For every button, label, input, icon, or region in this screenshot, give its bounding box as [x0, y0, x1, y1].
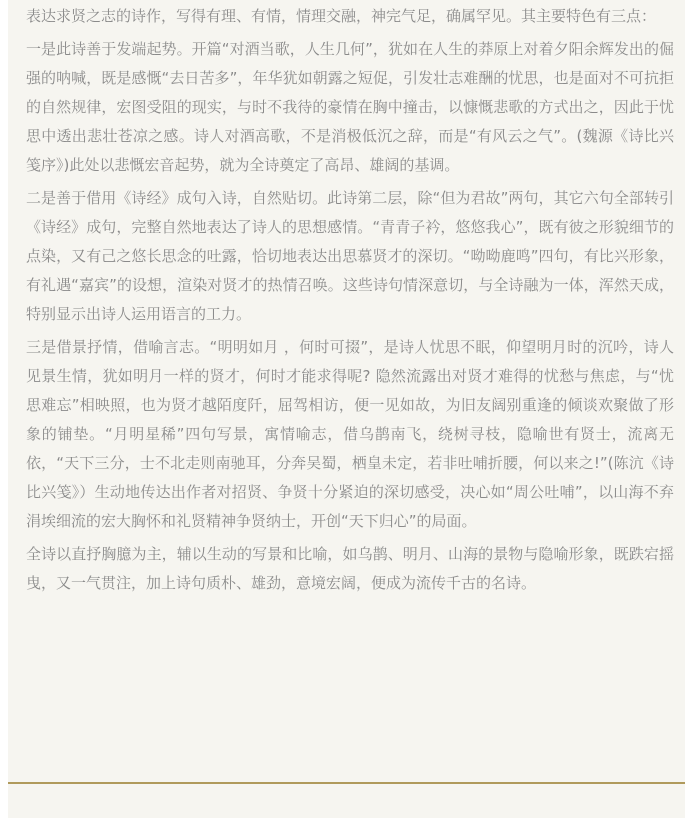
- paragraph-point-three: 三是借景抒情，借喻言志。“明明如月 ，何时可掇”，是诗人忧思不眠，仰望明月时的沉…: [26, 333, 674, 536]
- paragraph-point-two: 二是善于借用《诗经》成句入诗，自然贴切。此诗第二层，除“但为君故”两句，其它六句…: [26, 184, 674, 329]
- section-divider: [8, 782, 685, 784]
- paragraph-conclusion: 全诗以直抒胸臆为主，辅以生动的写景和比喻，如乌鹊、明月、山海的景物与隐喻形象，既…: [26, 540, 674, 598]
- paragraph-intro: 表达求贤之志的诗作，写得有理、有情，情理交融，神完气足，确属罕见。其主要特色有三…: [26, 2, 674, 31]
- article-body: 表达求贤之志的诗作，写得有理、有情，情理交融，神完气足，确属罕见。其主要特色有三…: [26, 2, 674, 602]
- paragraph-point-one: 一是此诗善于发端起势。开篇“对酒当歌，人生几何”，犹如在人生的莽原上对着夕阳余辉…: [26, 35, 674, 180]
- article-panel: 表达求贤之志的诗作，写得有理、有情，情理交融，神完气足，确属罕见。其主要特色有三…: [8, 0, 685, 818]
